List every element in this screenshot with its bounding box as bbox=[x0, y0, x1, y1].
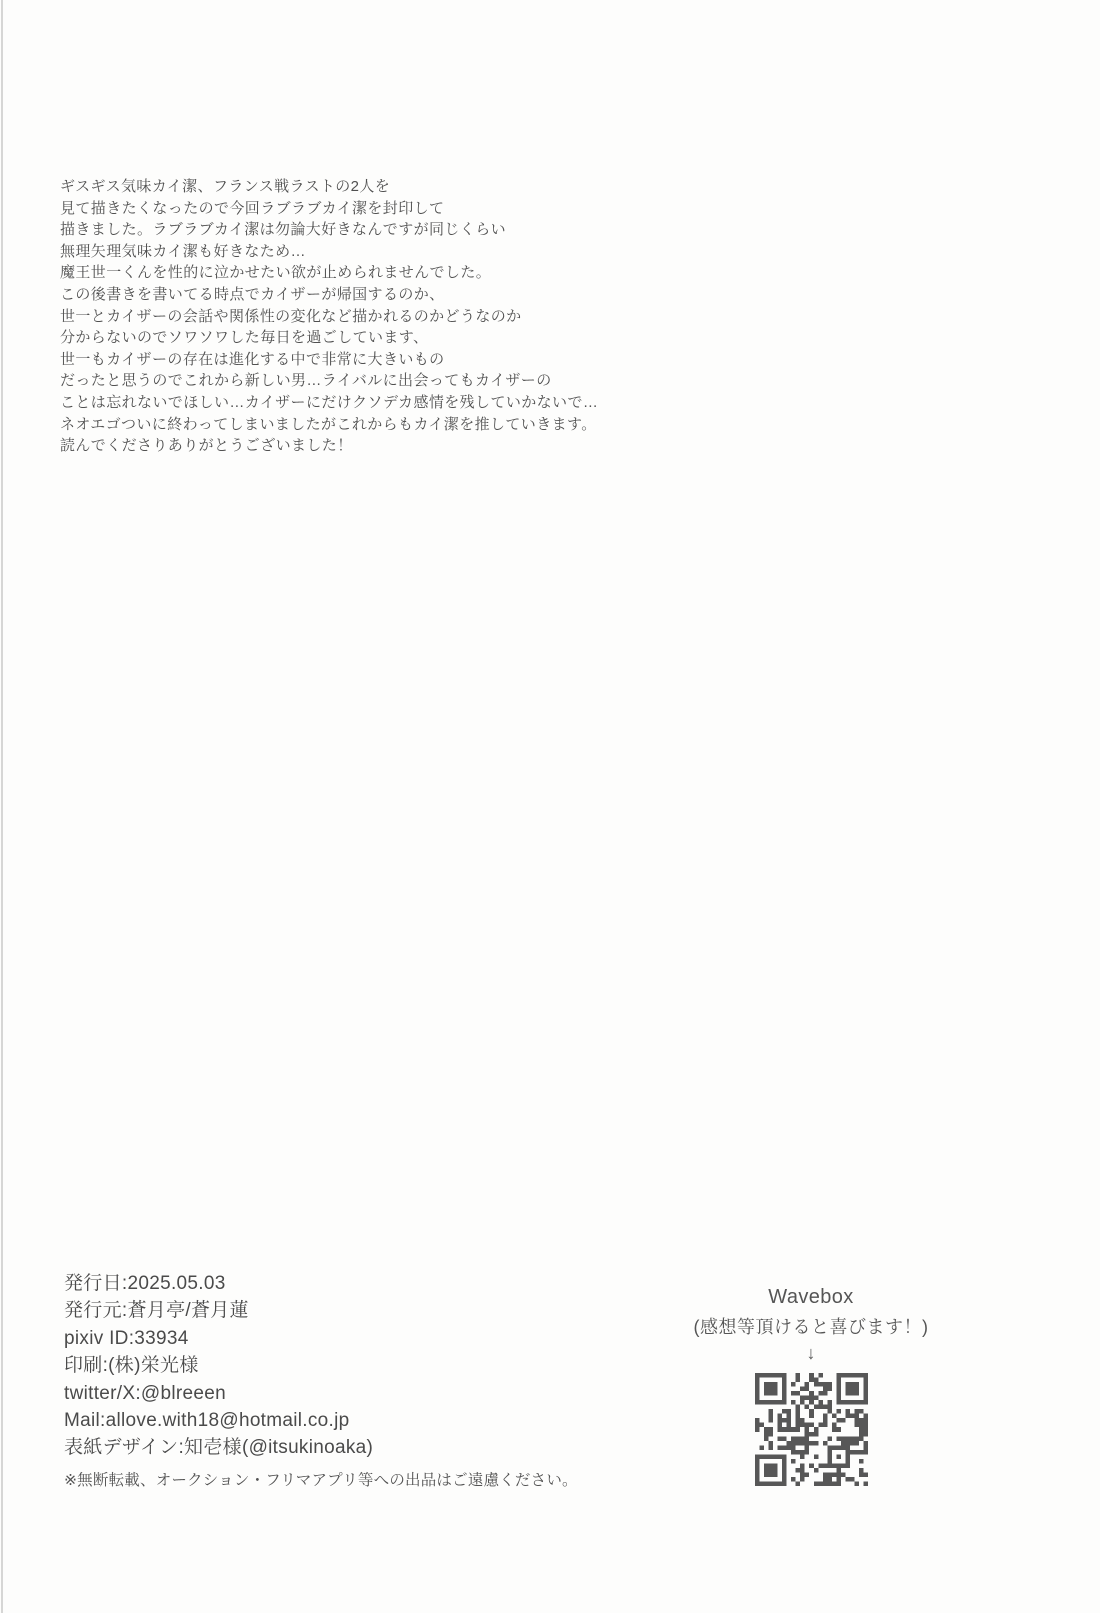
wavebox-qr-code bbox=[755, 1373, 868, 1486]
publication-date: 発行日:2025.05.03 bbox=[64, 1270, 704, 1297]
afterword-line: 無理矢理気味カイ潔も好きなため… bbox=[60, 241, 760, 263]
wavebox-title: Wavebox bbox=[660, 1286, 962, 1309]
afterword-line: 見て描きたくなったので今回ラブラブカイ潔を封印して bbox=[60, 198, 760, 220]
printer: 印刷:(株)栄光様 bbox=[64, 1352, 704, 1379]
afterword-text: ギスギス気味カイ潔、フランス戦ラストの2人を 見て描きたくなったので今回ラブラブ… bbox=[60, 176, 760, 457]
publication-info: 発行日:2025.05.03 発行元:蒼月亭/蒼月蓮 pixiv ID:3393… bbox=[64, 1270, 704, 1494]
afterword-line: ギスギス気味カイ潔、フランス戦ラストの2人を bbox=[60, 176, 760, 198]
publisher: 発行元:蒼月亭/蒼月蓮 bbox=[64, 1297, 704, 1324]
afterword-line: この後書きを書いてる時点でカイザーが帰国するのか、 bbox=[60, 284, 760, 306]
cover-design-credit: 表紙デザイン:知壱様(@itsukinoaka) bbox=[64, 1434, 704, 1461]
afterword-line: 分からないのでソワソワした毎日を過ごしています、 bbox=[60, 327, 760, 349]
twitter-handle: twitter/X:@blreeen bbox=[64, 1380, 704, 1407]
afterword-line: ネオエゴついに終わってしまいましたがこれからもカイ潔を推していきます。 bbox=[60, 414, 760, 436]
no-reproduction-notice: ※無断転載、オークション・フリマアプリ等への出品はご遠慮ください。 bbox=[64, 1467, 704, 1494]
wavebox-section: Wavebox (感想等頂けると喜びます！) ↓ bbox=[660, 1286, 962, 1486]
mail-address: Mail:allove.with18@hotmail.co.jp bbox=[64, 1407, 704, 1434]
scan-edge-artifact bbox=[1, 0, 3, 1613]
afterword-line: 描きました。ラブラブカイ潔は勿論大好きなんですが同じくらい bbox=[60, 219, 760, 241]
afterword-line: ことは忘れないでほしい…カイザーにだけクソデカ感情を残していかないで… bbox=[60, 392, 760, 414]
afterword-line: 読んでくださりありがとうございました！ bbox=[60, 435, 760, 457]
wavebox-caption: (感想等頂けると喜びます！) bbox=[660, 1313, 962, 1339]
colophon-page: ギスギス気味カイ潔、フランス戦ラストの2人を 見て描きたくなったので今回ラブラブ… bbox=[0, 0, 1100, 1613]
afterword-line: 魔王世一くんを性的に泣かせたい欲が止められませんでした。 bbox=[60, 262, 760, 284]
afterword-line: 世一もカイザーの存在は進化する中で非常に大きいもの bbox=[60, 349, 760, 371]
down-arrow-icon: ↓ bbox=[660, 1343, 962, 1364]
afterword-line: 世一とカイザーの会話や関係性の変化など描かれるのかどうなのか bbox=[60, 306, 760, 328]
afterword-line: だったと思うのでこれから新しい男…ライバルに出会ってもカイザーの bbox=[60, 370, 760, 392]
pixiv-id: pixiv ID:33934 bbox=[64, 1325, 704, 1352]
